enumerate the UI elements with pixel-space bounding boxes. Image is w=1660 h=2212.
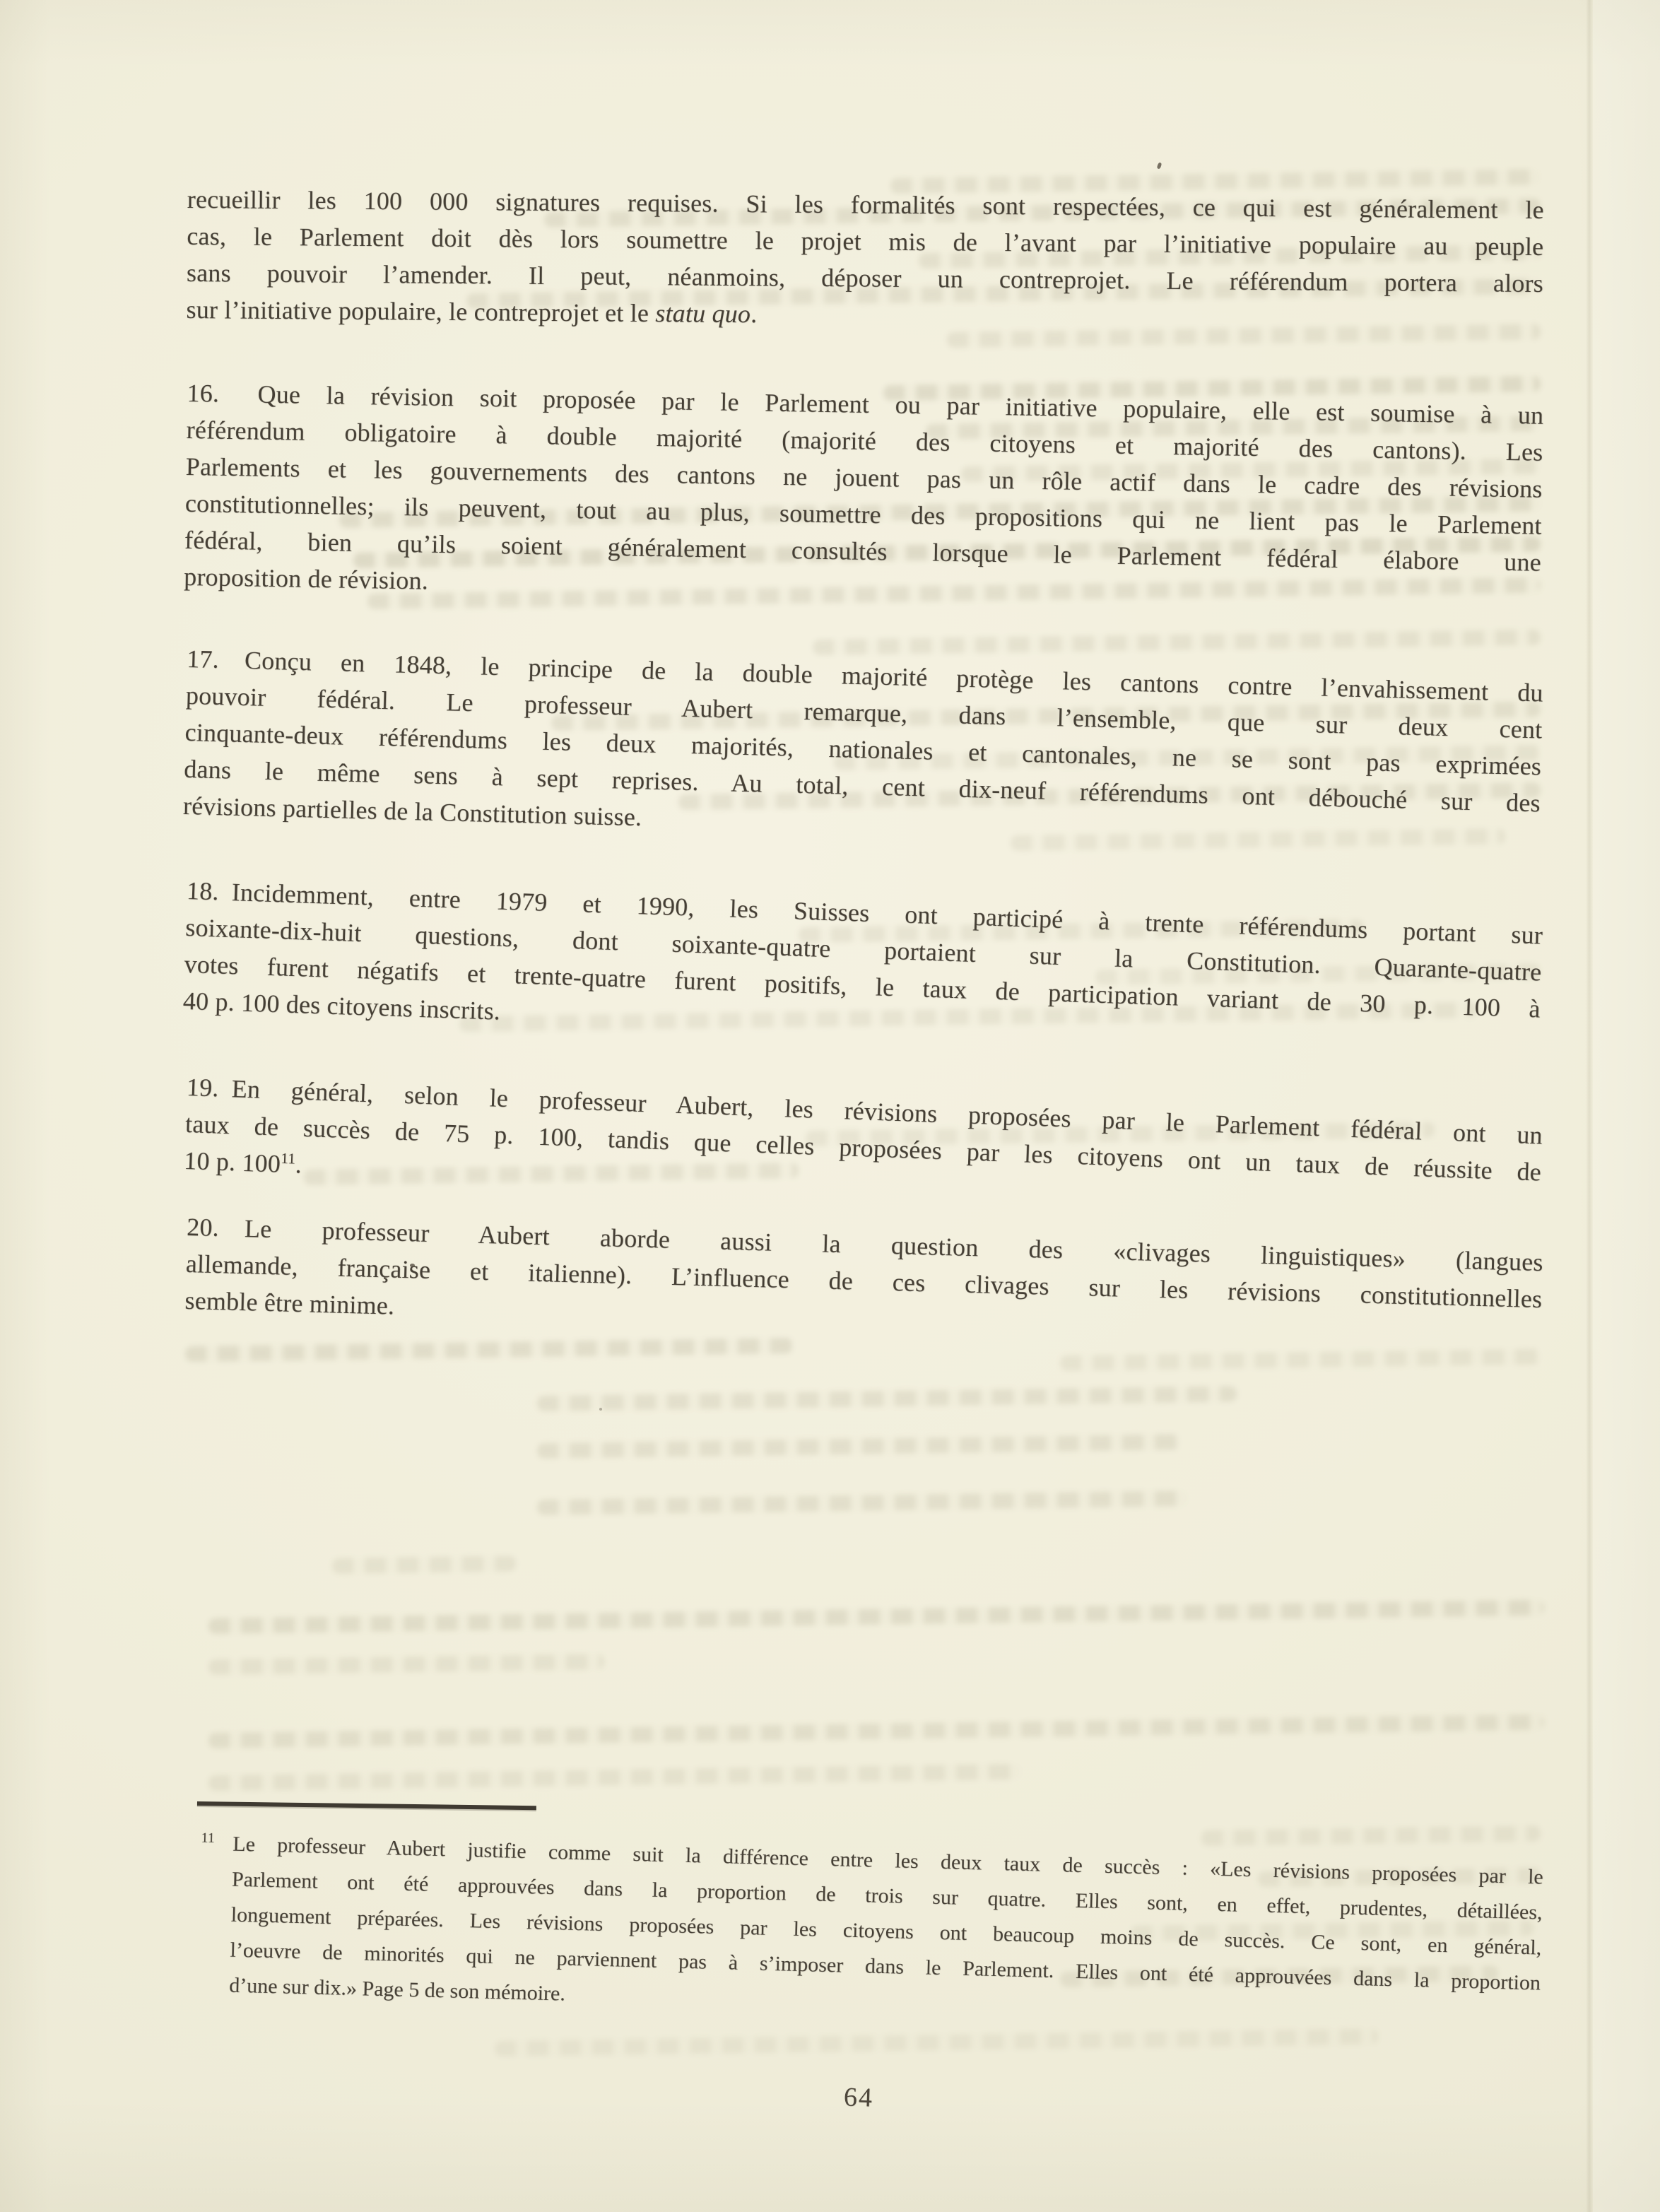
paragraph-continuation: recueillir les 100 000 signatures requis… [186, 181, 1544, 339]
footnote-lines: 11 Le professeur Aubert justifie comme s… [183, 1825, 1544, 2037]
page-edge-crease [1586, 0, 1593, 2212]
page-edge-margin [1593, 0, 1660, 2212]
paragraph-17: 17. Conçu en 1848, le principe de la dou… [182, 640, 1543, 859]
footnote-marker: 11 [201, 1820, 216, 1856]
footnote-11: 11 Le professeur Aubert justifie comme s… [183, 1825, 1544, 2037]
paragraph-16: 16. Que la révision soit proposée par le… [184, 375, 1544, 618]
page-number: 64 [843, 2081, 873, 2113]
ink-speck [599, 1408, 602, 1411]
ink-speck [410, 1264, 415, 1267]
scanned-document-page: recueillir les 100 000 signatures requis… [0, 0, 1660, 2212]
